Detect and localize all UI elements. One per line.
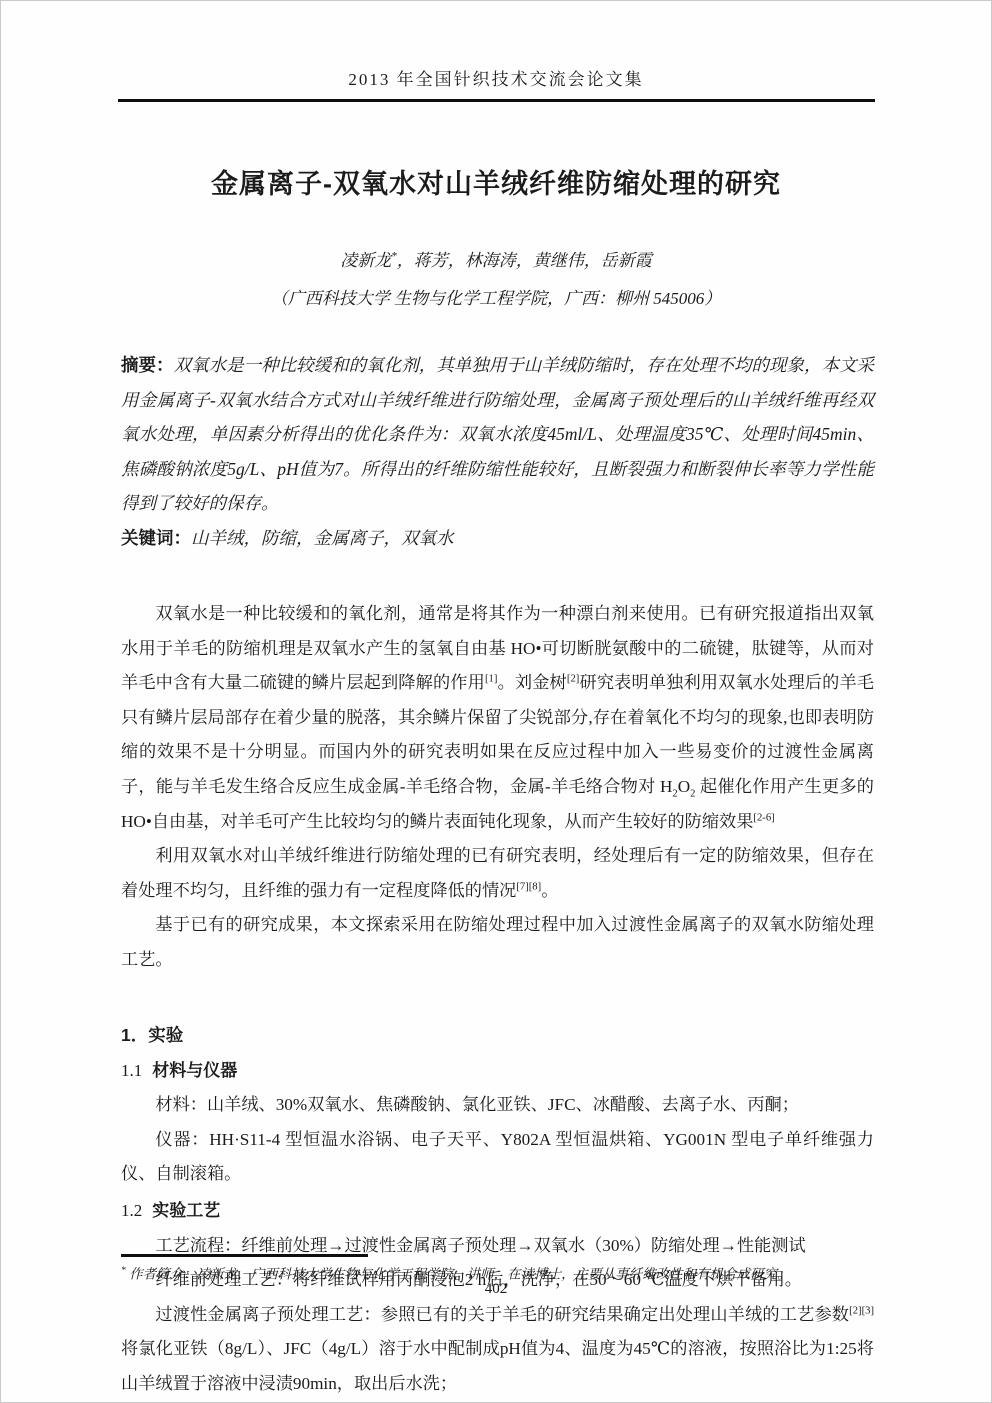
paper-page: 2013 年全国针织技术交流会论文集 金属离子-双氧水对山羊绒纤维防缩处理的研究… (0, 0, 992, 1403)
intro-paragraph-1: 双氧水是一种比较缓和的氧化剂，通常是将其作为一种漂白剂来使用。已有研究报道指出双… (121, 597, 874, 839)
materials-paragraph: 材料：山羊绒、30%双氧水、焦磷酸钠、氯化亚铁、JFC、冰醋酸、去离子水、丙酮； (121, 1088, 874, 1123)
subsection-number: 1.1 (121, 1061, 142, 1080)
abstract-block: 摘要：双氧水是一种比较缓和的氧化剂，其单独用于山羊绒防缩时，存在处理不均的现象，… (121, 348, 874, 521)
page-number: 402 (1, 1281, 991, 1298)
abstract-text: 双氧水是一种比较缓和的氧化剂，其单独用于山羊绒防缩时，存在处理不均的现象，本文采… (121, 355, 874, 513)
instruments-paragraph: 仪器：HH·S11-4 型恒温水浴锅、电子天平、Y802A 型恒温烘箱、YG00… (121, 1123, 874, 1192)
intro-paragraph-2: 利用双氧水对山羊绒纤维进行防缩处理的已有研究表明，经处理后有一定的防缩效果，但存… (121, 839, 874, 908)
keywords-text: 山羊绒，防缩，金属离子，双氧水 (191, 528, 454, 548)
paper-title: 金属离子-双氧水对山羊绒纤维防缩处理的研究 (1, 162, 991, 201)
proceedings-header: 2013 年全国针织技术交流会论文集 (1, 1, 991, 90)
header-rule (118, 99, 875, 102)
section-heading-1: 1．实验 (121, 1018, 874, 1052)
affiliation-line: （广西科技大学 生物与化学工程学院，广西：柳州 545006） (1, 284, 991, 309)
keywords-line: 关键词：山羊绒，防缩，金属离子，双氧水 (121, 521, 874, 556)
intro-paragraph-3: 基于已有的研究成果，本文探索采用在防缩处理过程中加入过渡性金属离子的双氧水防缩处… (121, 908, 874, 977)
subsection-number: 1.2 (121, 1201, 142, 1220)
footnote-rule (121, 1254, 368, 1257)
subsection-heading-1-2: 1.2实验工艺 (121, 1194, 874, 1229)
process-flow-paragraph: 工艺流程：纤维前处理→过渡性金属离子预处理→双氧水（30%）防缩处理→性能测试 (121, 1229, 874, 1264)
subsection-title: 实验工艺 (152, 1201, 220, 1220)
metal-ion-pretreatment-paragraph: 过渡性金属离子预处理工艺：参照已有的关于羊毛的研究结果确定出处理山羊绒的工艺参数… (121, 1298, 874, 1402)
abstract-label: 摘要： (121, 355, 174, 375)
authors-line: 凌新龙*，蒋芳，林海涛，黄继伟，岳新霞 (1, 246, 991, 271)
subsection-title: 材料与仪器 (152, 1061, 237, 1080)
article-body: 摘要：双氧水是一种比较缓和的氧化剂，其单独用于山羊绒防缩时，存在处理不均的现象，… (121, 348, 874, 1401)
keywords-label: 关键词： (121, 528, 191, 548)
subsection-heading-1-1: 1.1材料与仪器 (121, 1054, 874, 1089)
